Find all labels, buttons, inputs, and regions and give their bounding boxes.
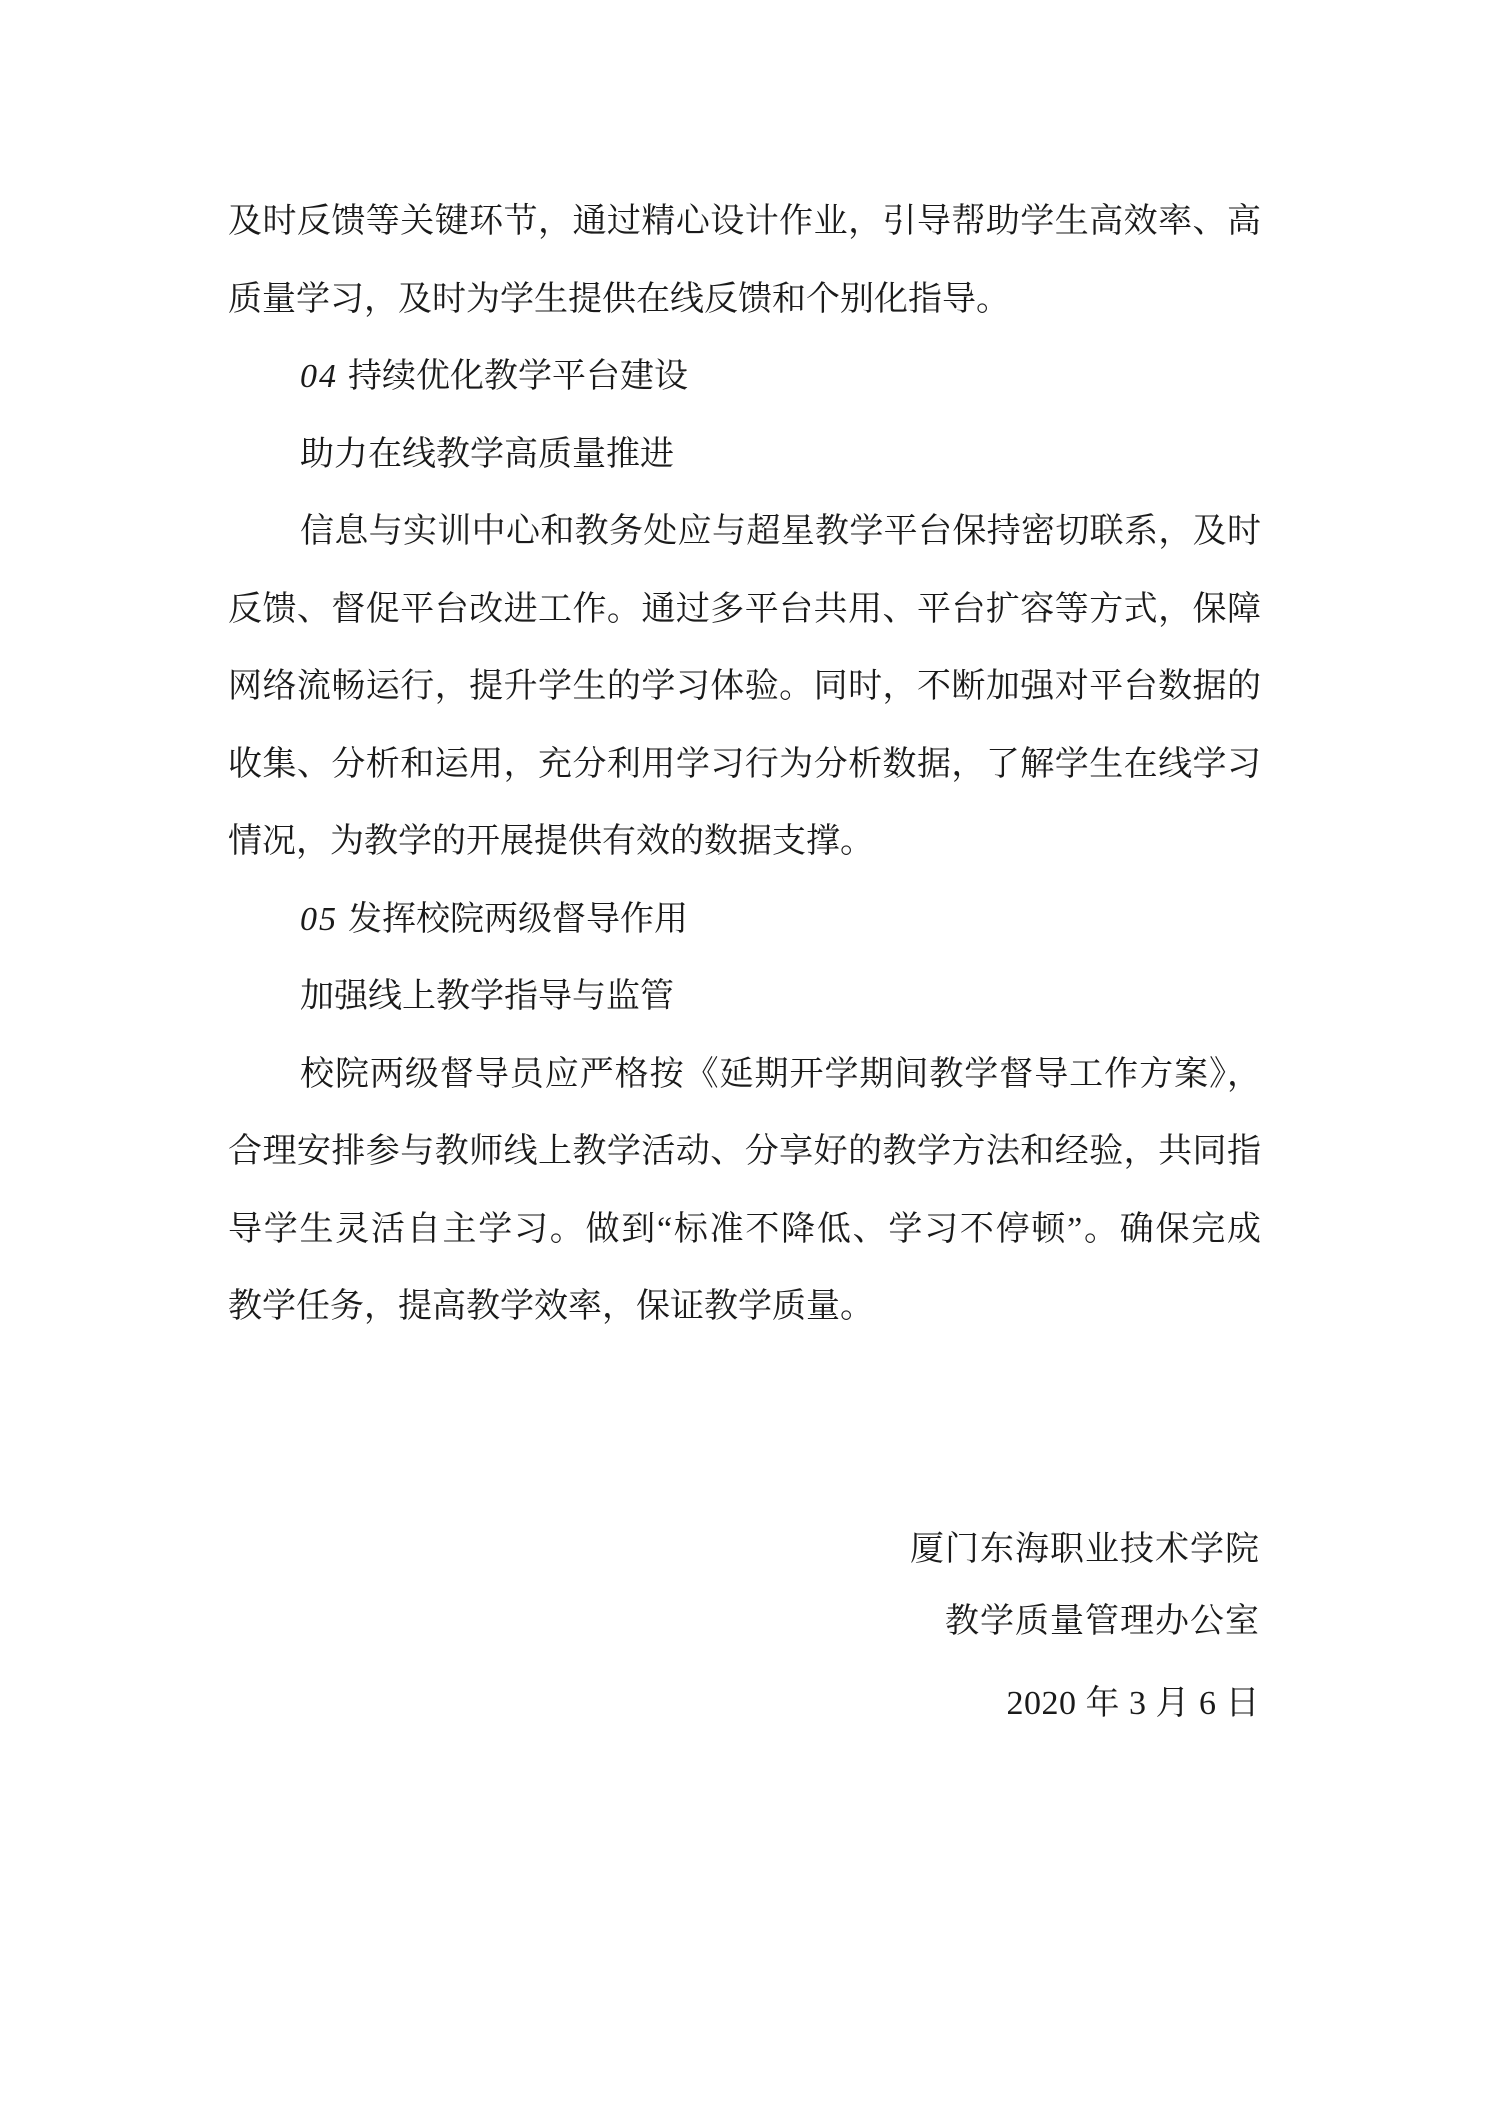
doc-line: 合理安排参与教师线上教学活动、分享好的教学方法和经验，共同指 xyxy=(228,1113,1261,1191)
doc-line: 教学任务，提高教学效率，保证教学质量。 xyxy=(228,1268,1261,1346)
doc-line: 加强线上教学指导与监管 xyxy=(228,958,1261,1036)
signature-office: 教学质量管理办公室 xyxy=(945,1601,1260,1643)
doc-line: 校院两级督导员应严格按《延期开学期间教学督导工作方案》， xyxy=(228,1036,1261,1114)
section-heading-text: 持续优化教学平台建设 xyxy=(348,358,688,395)
doc-line: 导学生灵活自主学习。做到“标准不降低、学习不停顿”。确保完成 xyxy=(228,1191,1261,1269)
section-number: 04 xyxy=(300,358,338,395)
doc-line: 及时反馈等关键环节，通过精心设计作业，引导帮助学生高效率、高 xyxy=(228,183,1261,261)
doc-line: 助力在线教学高质量推进 xyxy=(228,416,1261,494)
doc-line: 情况，为教学的开展提供有效的数据支撑。 xyxy=(228,803,1261,881)
signature-organization: 厦门东海职业技术学院 xyxy=(910,1529,1260,1571)
doc-line: 反馈、督促平台改进工作。通过多平台共用、平台扩容等方式，保障 xyxy=(228,571,1261,649)
document-page: 及时反馈等关键环节，通过精心设计作业，引导帮助学生高效率、高质量学习，及时为学生… xyxy=(0,0,1488,2105)
doc-line: 质量学习，及时为学生提供在线反馈和个别化指导。 xyxy=(228,261,1261,339)
doc-line: 信息与实训中心和教务处应与超星教学平台保持密切联系，及时 xyxy=(228,493,1261,571)
doc-line-section-heading: 04持续优化教学平台建设 xyxy=(228,338,1261,416)
section-heading-text: 发挥校院两级督导作用 xyxy=(348,901,688,938)
doc-line: 收集、分析和运用，充分利用学习行为分析数据，了解学生在线学习 xyxy=(228,726,1261,804)
doc-body: 及时反馈等关键环节，通过精心设计作业，引导帮助学生高效率、高质量学习，及时为学生… xyxy=(228,183,1261,1346)
section-number: 05 xyxy=(300,901,338,938)
signature-date: 2020 年 3 月 6 日 xyxy=(1007,1683,1261,1725)
doc-line-section-heading: 05发挥校院两级督导作用 xyxy=(228,881,1261,959)
doc-line: 网络流畅运行，提升学生的学习体验。同时，不断加强对平台数据的 xyxy=(228,648,1261,726)
